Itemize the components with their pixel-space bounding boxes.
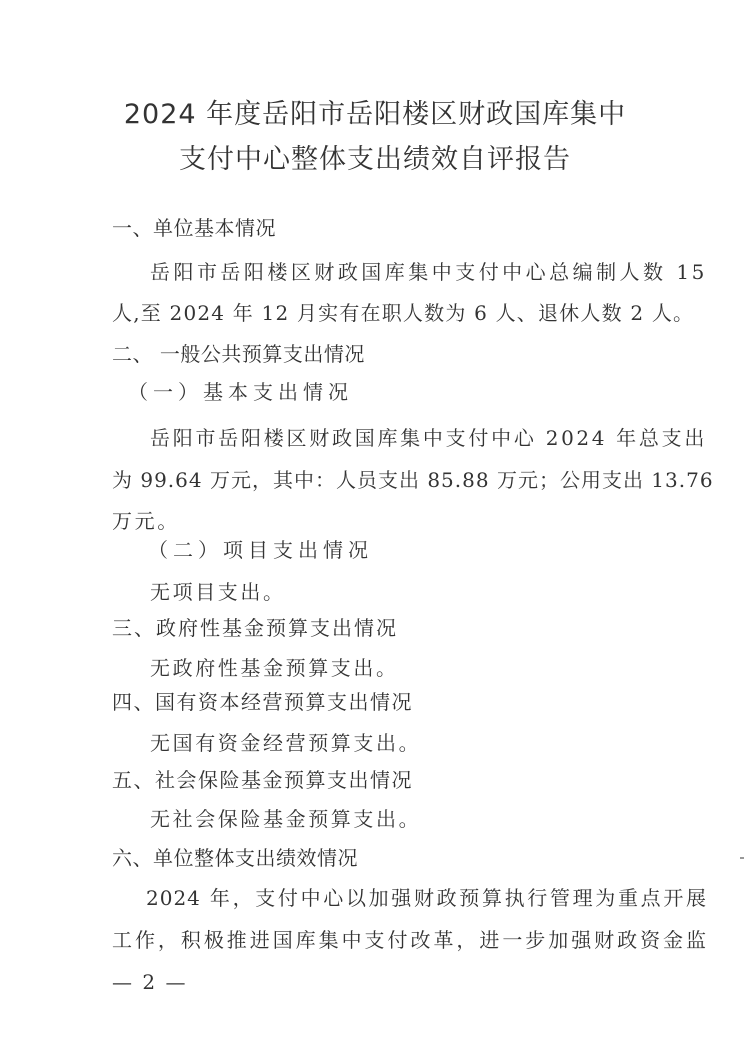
section-heading-3: 三、政府性基金预算支出情况 <box>112 612 398 641</box>
subsection-2-1-paragraph-line-2: 为 99.64 万元，其中：人员支出 85.88 万元；公用支出 13.76 <box>112 464 707 493</box>
scan-edge-mark <box>740 857 744 859</box>
section-3-paragraph: 无政府性基金预算支出。 <box>150 652 399 681</box>
section-heading-6: 六、单位整体支出绩效情况 <box>112 842 358 871</box>
section-4-paragraph: 无国有资金经营预算支出。 <box>150 727 421 756</box>
section-5-paragraph: 无社会保险基金预算支出。 <box>150 803 421 832</box>
section-heading-2: 二、 一般公共预算支出情况 <box>112 338 365 367</box>
document-page: 2024 年度岳阳市岳阳楼区财政国库集中 支付中心整体支出绩效自评报告 一、单位… <box>0 0 750 1060</box>
subsection-2-2-paragraph: 无项目支出。 <box>150 576 286 605</box>
subsection-2-1-paragraph-line-3: 万元。 <box>112 505 180 534</box>
section-heading-4: 四、国有资本经营预算支出情况 <box>112 686 413 715</box>
subsection-heading-2-1: （一）基本支出情况 <box>128 376 353 405</box>
section-1-paragraph-line-2: 人,至 2024 年 12 月实有在职人数为 6 人、退休人数 2 人。 <box>112 297 694 326</box>
document-title-line-2: 支付中心整体支出绩效自评报告 <box>0 137 750 176</box>
section-6-paragraph-line-1: 2024 年，支付中心以加强财政预算执行管理为重点开展 <box>146 882 707 911</box>
section-heading-5: 五、社会保险基金预算支出情况 <box>112 764 413 793</box>
section-6-paragraph-line-2: 工作，积极推进国库集中支付改革，进一步加强财政资金监 <box>112 924 707 953</box>
subsection-2-1-paragraph-line-1: 岳阳市岳阳楼区财政国库集中支付中心 2024 年总支出 <box>150 422 707 451</box>
subsection-heading-2-2: （二）项目支出情况 <box>148 534 373 563</box>
section-heading-1: 一、单位基本情况 <box>112 212 276 241</box>
document-title-line-1: 2024 年度岳阳市岳阳楼区财政国库集中 <box>0 92 750 131</box>
section-1-paragraph-line-1: 岳阳市岳阳楼区财政国库集中支付中心总编制人数 15 <box>150 256 707 285</box>
page-number: — 2 — <box>112 970 187 994</box>
